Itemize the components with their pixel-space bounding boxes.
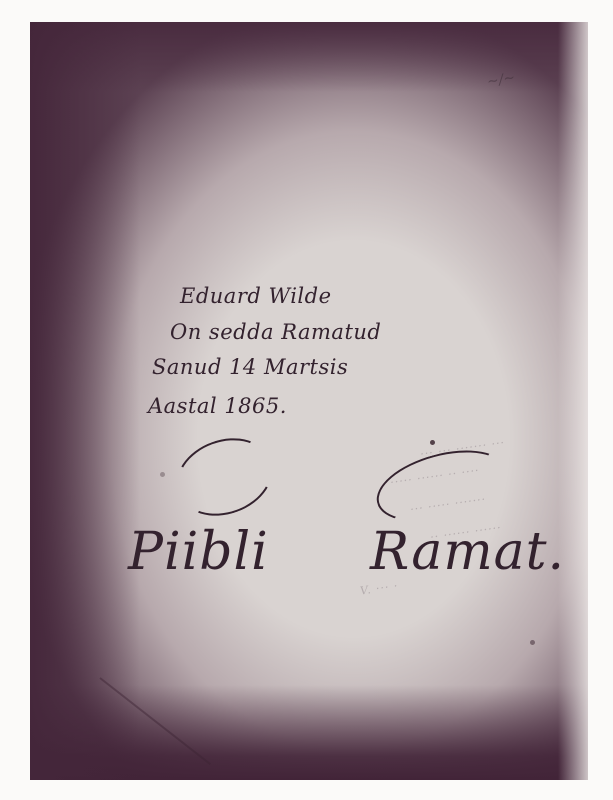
ink-spot — [160, 472, 165, 477]
right-light-edge — [558, 22, 588, 780]
inscription-line-year: Aastal 1865. — [148, 394, 287, 418]
inscription-line-name: Eduard Wilde — [180, 284, 332, 308]
left-dark-border — [30, 22, 140, 780]
title-word-piibli: Piibli — [128, 522, 269, 582]
inscription-line-2: On sedda Ramatud — [170, 320, 381, 344]
inscription-line-date: Sanud 14 Martsis — [152, 355, 348, 379]
ink-spot — [430, 440, 435, 445]
title-word-ramat: Ramat. — [370, 522, 565, 582]
ink-spot — [530, 640, 535, 645]
document-photograph: ~/~ ··· ··· ······· ··· ····· ······ ·· … — [30, 22, 588, 780]
